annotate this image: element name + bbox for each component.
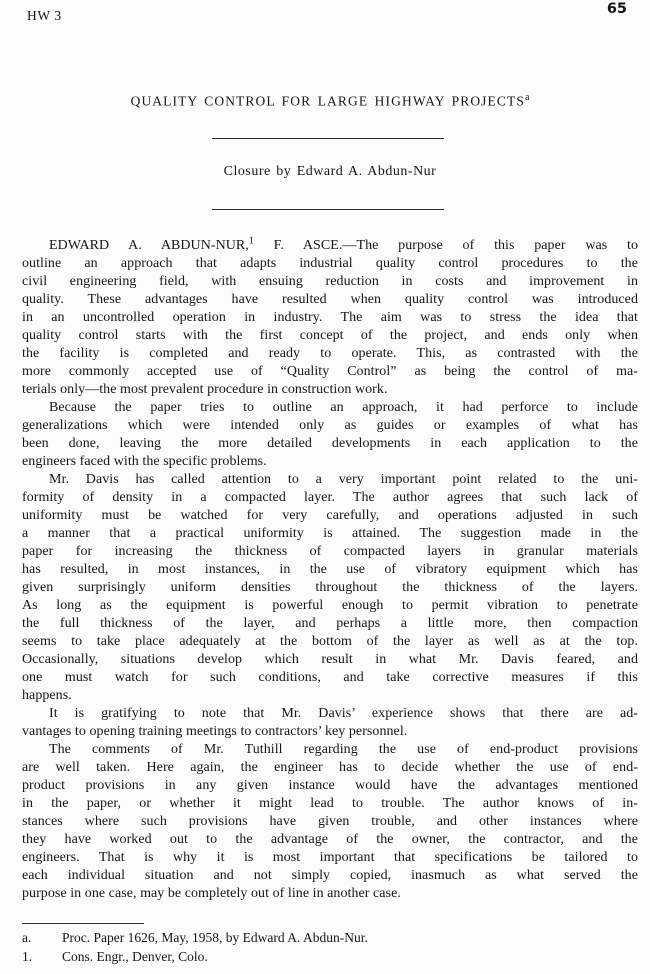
text-line: uniformity must be watched for very care… <box>22 507 638 525</box>
text-line: seems to take place adequately at the bo… <box>22 633 638 651</box>
text-line: quality. These advantages have resulted … <box>22 291 638 309</box>
text-line: are well taken. Here again, the engineer… <box>22 759 638 777</box>
text-line: EDWARD A. ABDUN-NUR,1 F. ASCE.—The purpo… <box>22 237 638 255</box>
text-line: has resulted, in most instances, in the … <box>22 561 638 579</box>
text-line: one must watch for such conditions, and … <box>22 669 638 687</box>
text-line: engineers faced with the specific proble… <box>22 453 638 471</box>
text-line: civil engineering field, with ensuing re… <box>22 273 638 291</box>
text-line: It is gratifying to note that Mr. Davis’… <box>22 705 638 723</box>
text-line: quality control starts with the first co… <box>22 327 638 345</box>
text-line: each individual situation and not simply… <box>22 867 638 885</box>
closure-byline: Closure by Edward A. Abdun-Nur <box>22 164 638 180</box>
text-line: purpose in one case, may be completely o… <box>22 885 638 903</box>
text-line: paper for increasing the thickness of co… <box>22 543 638 561</box>
text-line: given surprisingly uniform densities thr… <box>22 579 638 597</box>
text-line: The comments of Mr. Tuthill regarding th… <box>22 741 638 759</box>
footnote-label: a. <box>22 928 62 947</box>
text-line: engineers. That is why it is most import… <box>22 849 638 867</box>
divider-rule-bottom <box>212 209 444 210</box>
divider-rule-top <box>212 138 444 139</box>
text-line: a manner that a practical uniformity is … <box>22 525 638 543</box>
page-number: 65 <box>607 1 627 17</box>
text-line: formity of density in a compacted layer.… <box>22 489 638 507</box>
footnote-item: a. Proc. Paper 1626, May, 1958, by Edwar… <box>22 928 638 947</box>
text-line: happens. <box>22 687 638 705</box>
body-text: EDWARD A. ABDUN-NUR,1 F. ASCE.—The purpo… <box>22 237 638 903</box>
footnote-label: 1. <box>22 947 62 966</box>
text-line: product provisions in any given instance… <box>22 777 638 795</box>
text-line: As long as the equipment is powerful eno… <box>22 597 638 615</box>
page-title: QUALITY CONTROL FOR LARGE HIGHWAY PROJEC… <box>22 92 638 110</box>
text-line: in an uncontrolled operation in industry… <box>22 309 638 327</box>
footnote-rule <box>22 923 144 924</box>
document-page: HW 3 65 QUALITY CONTROL FOR LARGE HIGHWA… <box>0 0 650 974</box>
footnote-text: Proc. Paper 1626, May, 1958, by Edward A… <box>62 928 368 947</box>
running-head: HW 3 <box>27 8 62 24</box>
footnote-marker: 1 <box>249 235 254 246</box>
title-footnote-marker: a <box>525 92 529 103</box>
text-line: generalizations which were intended only… <box>22 417 638 435</box>
text-line: Occasionally, situations develop which r… <box>22 651 638 669</box>
text-line: the full thickness of the layer, and per… <box>22 615 638 633</box>
text-line: they have worked out to the advantage of… <box>22 831 638 849</box>
text-line: in the paper, or whether it might lead t… <box>22 795 638 813</box>
text-line: more commonly accepted use of “Quality C… <box>22 363 638 381</box>
text-line: Mr. Davis has called attention to a very… <box>22 471 638 489</box>
text-line: Because the paper tries to outline an ap… <box>22 399 638 417</box>
footnote-item: 1. Cons. Engr., Denver, Colo. <box>22 947 638 966</box>
text-line: stances where such provisions have given… <box>22 813 638 831</box>
text-line: the facility is completed and ready to o… <box>22 345 638 363</box>
page-title-text: QUALITY CONTROL FOR LARGE HIGHWAY PROJEC… <box>131 94 525 109</box>
footnotes: a. Proc. Paper 1626, May, 1958, by Edwar… <box>22 923 638 966</box>
text-line: vantages to opening training meetings to… <box>22 723 638 741</box>
footnote-text: Cons. Engr., Denver, Colo. <box>62 947 208 966</box>
text-line: outline an approach that adapts industri… <box>22 255 638 273</box>
text-line: terials only—the most prevalent procedur… <box>22 381 638 399</box>
text-line: been done, leaving the more detailed dev… <box>22 435 638 453</box>
